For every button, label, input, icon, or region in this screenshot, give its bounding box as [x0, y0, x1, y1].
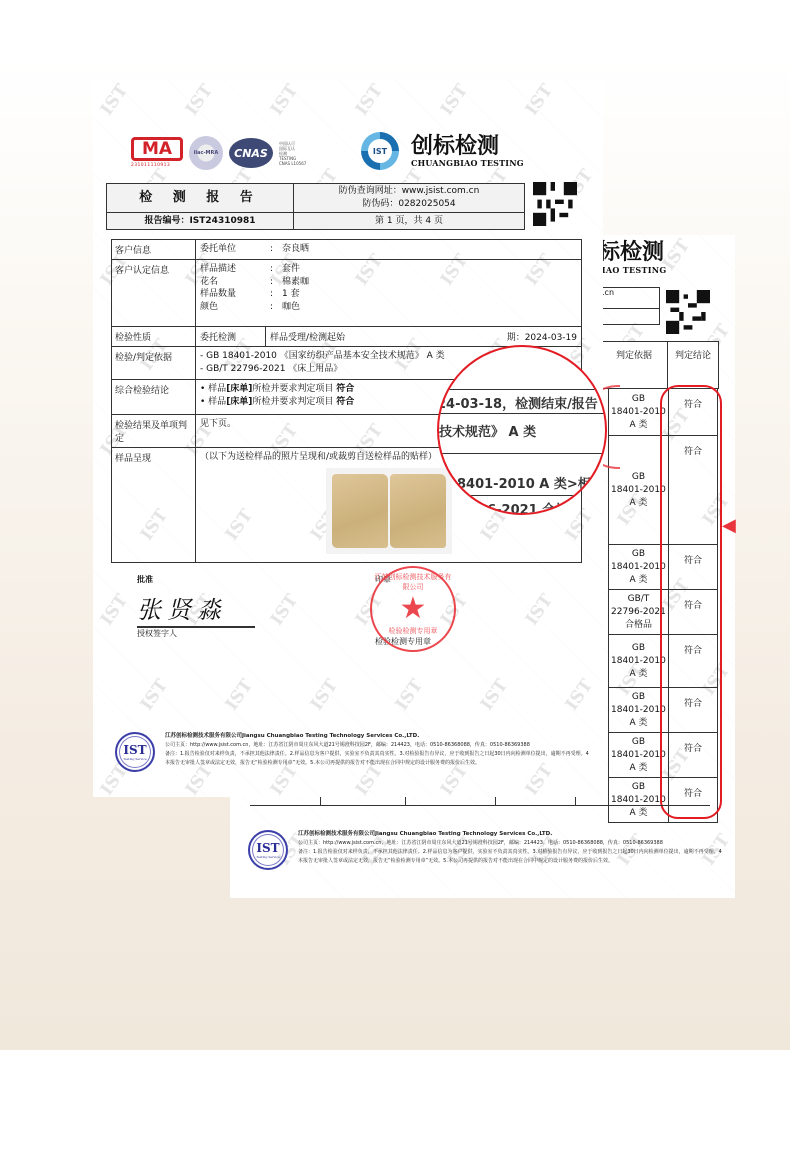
brand-header: IST 创标检测 CHUANGBIAO TESTING	[361, 132, 524, 170]
magnifier-callout: 24-03-18，检测结束/报告 技术规范》 A 类 8401-2010 A 类…	[437, 345, 607, 515]
watermark: IST	[522, 591, 557, 629]
watermark: IST	[267, 81, 302, 119]
cnas-logo-icon: CNAS	[229, 138, 273, 168]
column-header-result: 判定结论	[667, 341, 719, 389]
back-footer: ISTTesting Service 江苏创标检测技术服务有限公司Jiangsu…	[248, 830, 722, 870]
row-customer-confirmed: 客户认定信息 样品描述:套件花名:棉素咖样品数量:1 套颜色:咖色	[112, 260, 581, 327]
watermark: IST	[562, 676, 597, 714]
sample-attribute: 样品数量:1 套	[200, 288, 577, 301]
row-customer-info: 客户信息 委托单位:奈良晒	[112, 240, 581, 260]
back-brand-name: 标检测	[598, 235, 664, 266]
ilac-mra-logo-icon: ilac-MRA	[189, 136, 223, 170]
watermark: IST	[137, 676, 172, 714]
sample-attribute: 颜色:咖色	[200, 301, 577, 314]
star-icon: ★	[400, 594, 427, 624]
approve-label: 批准	[137, 574, 153, 585]
partial-stamp-star-icon: ◀	[722, 515, 736, 536]
sample-attribute: 花名:棉素咖	[200, 276, 577, 289]
signer-label: 授权签字人	[137, 628, 177, 639]
signature: 张贤淼	[137, 590, 255, 628]
watermark: IST	[182, 81, 217, 119]
ist-brand-logo-icon: IST	[361, 132, 399, 170]
cma-logo-icon: MA 231011110913	[131, 137, 183, 169]
back-url-cell: .cn	[600, 287, 660, 325]
qr-code-icon	[533, 182, 577, 226]
watermark: IST	[97, 81, 132, 119]
report-header-table: 检 测 报 告 防伪查询网址：www.jsist.com.cn 防伪码：0282…	[106, 183, 525, 230]
watermark: IST	[97, 591, 132, 629]
watermark: IST	[477, 676, 512, 714]
watermark: IST	[437, 81, 472, 119]
qr-code-icon	[666, 290, 710, 334]
report-title: 检 测 报 告	[107, 184, 294, 212]
sample-attribute: 样品描述:套件	[200, 263, 577, 276]
brand-name: 创标检测	[411, 134, 524, 158]
column-header-basis: 判定依据	[600, 341, 668, 389]
watermark: IST	[352, 81, 387, 119]
watermark: IST	[222, 676, 257, 714]
watermark: IST	[267, 591, 302, 629]
watermark: IST	[307, 676, 342, 714]
brand-name-en: CHUANGBIAO TESTING	[411, 158, 524, 168]
row-inspection-type: 检验性质 委托检测 样品受理/检测起始期：2024-03-19	[112, 327, 581, 347]
official-stamp: 江苏创标检测技术服务有限公司 ★ 检验检测专用章	[370, 566, 456, 652]
anti-fake-code: 防伪码：0282025054	[294, 198, 524, 211]
client-name: 奈良晒	[282, 243, 309, 256]
back-brand-en: HAO TESTING	[598, 265, 667, 275]
sample-photo	[326, 468, 452, 554]
ist-seal-icon: ISTTesting Service	[248, 830, 288, 870]
accreditation-logos: MA 231011110913 ilac-MRA CNAS 中国认可国际互认检测…	[131, 136, 306, 170]
verify-url[interactable]: 防伪查询网址：www.jsist.com.cn	[294, 185, 524, 198]
front-report-page: ISTISTISTISTISTISTISTISTISTISTISTISTISTI…	[93, 80, 603, 797]
cnas-caption: 中国认可国际互认检测TESTINGCNAS L10567	[279, 141, 306, 166]
report-number: 报告编号：IST24310981	[107, 213, 294, 229]
watermark: IST	[392, 676, 427, 714]
watermark: IST	[522, 81, 557, 119]
page-info: 第 1 页，共 4 页	[294, 213, 524, 229]
result-highlight-outline	[660, 385, 722, 819]
front-footer: ISTTesting Service 江苏创标检测技术服务有限公司Jiangsu…	[115, 732, 589, 772]
ist-seal-icon: ISTTesting Service	[115, 732, 155, 772]
